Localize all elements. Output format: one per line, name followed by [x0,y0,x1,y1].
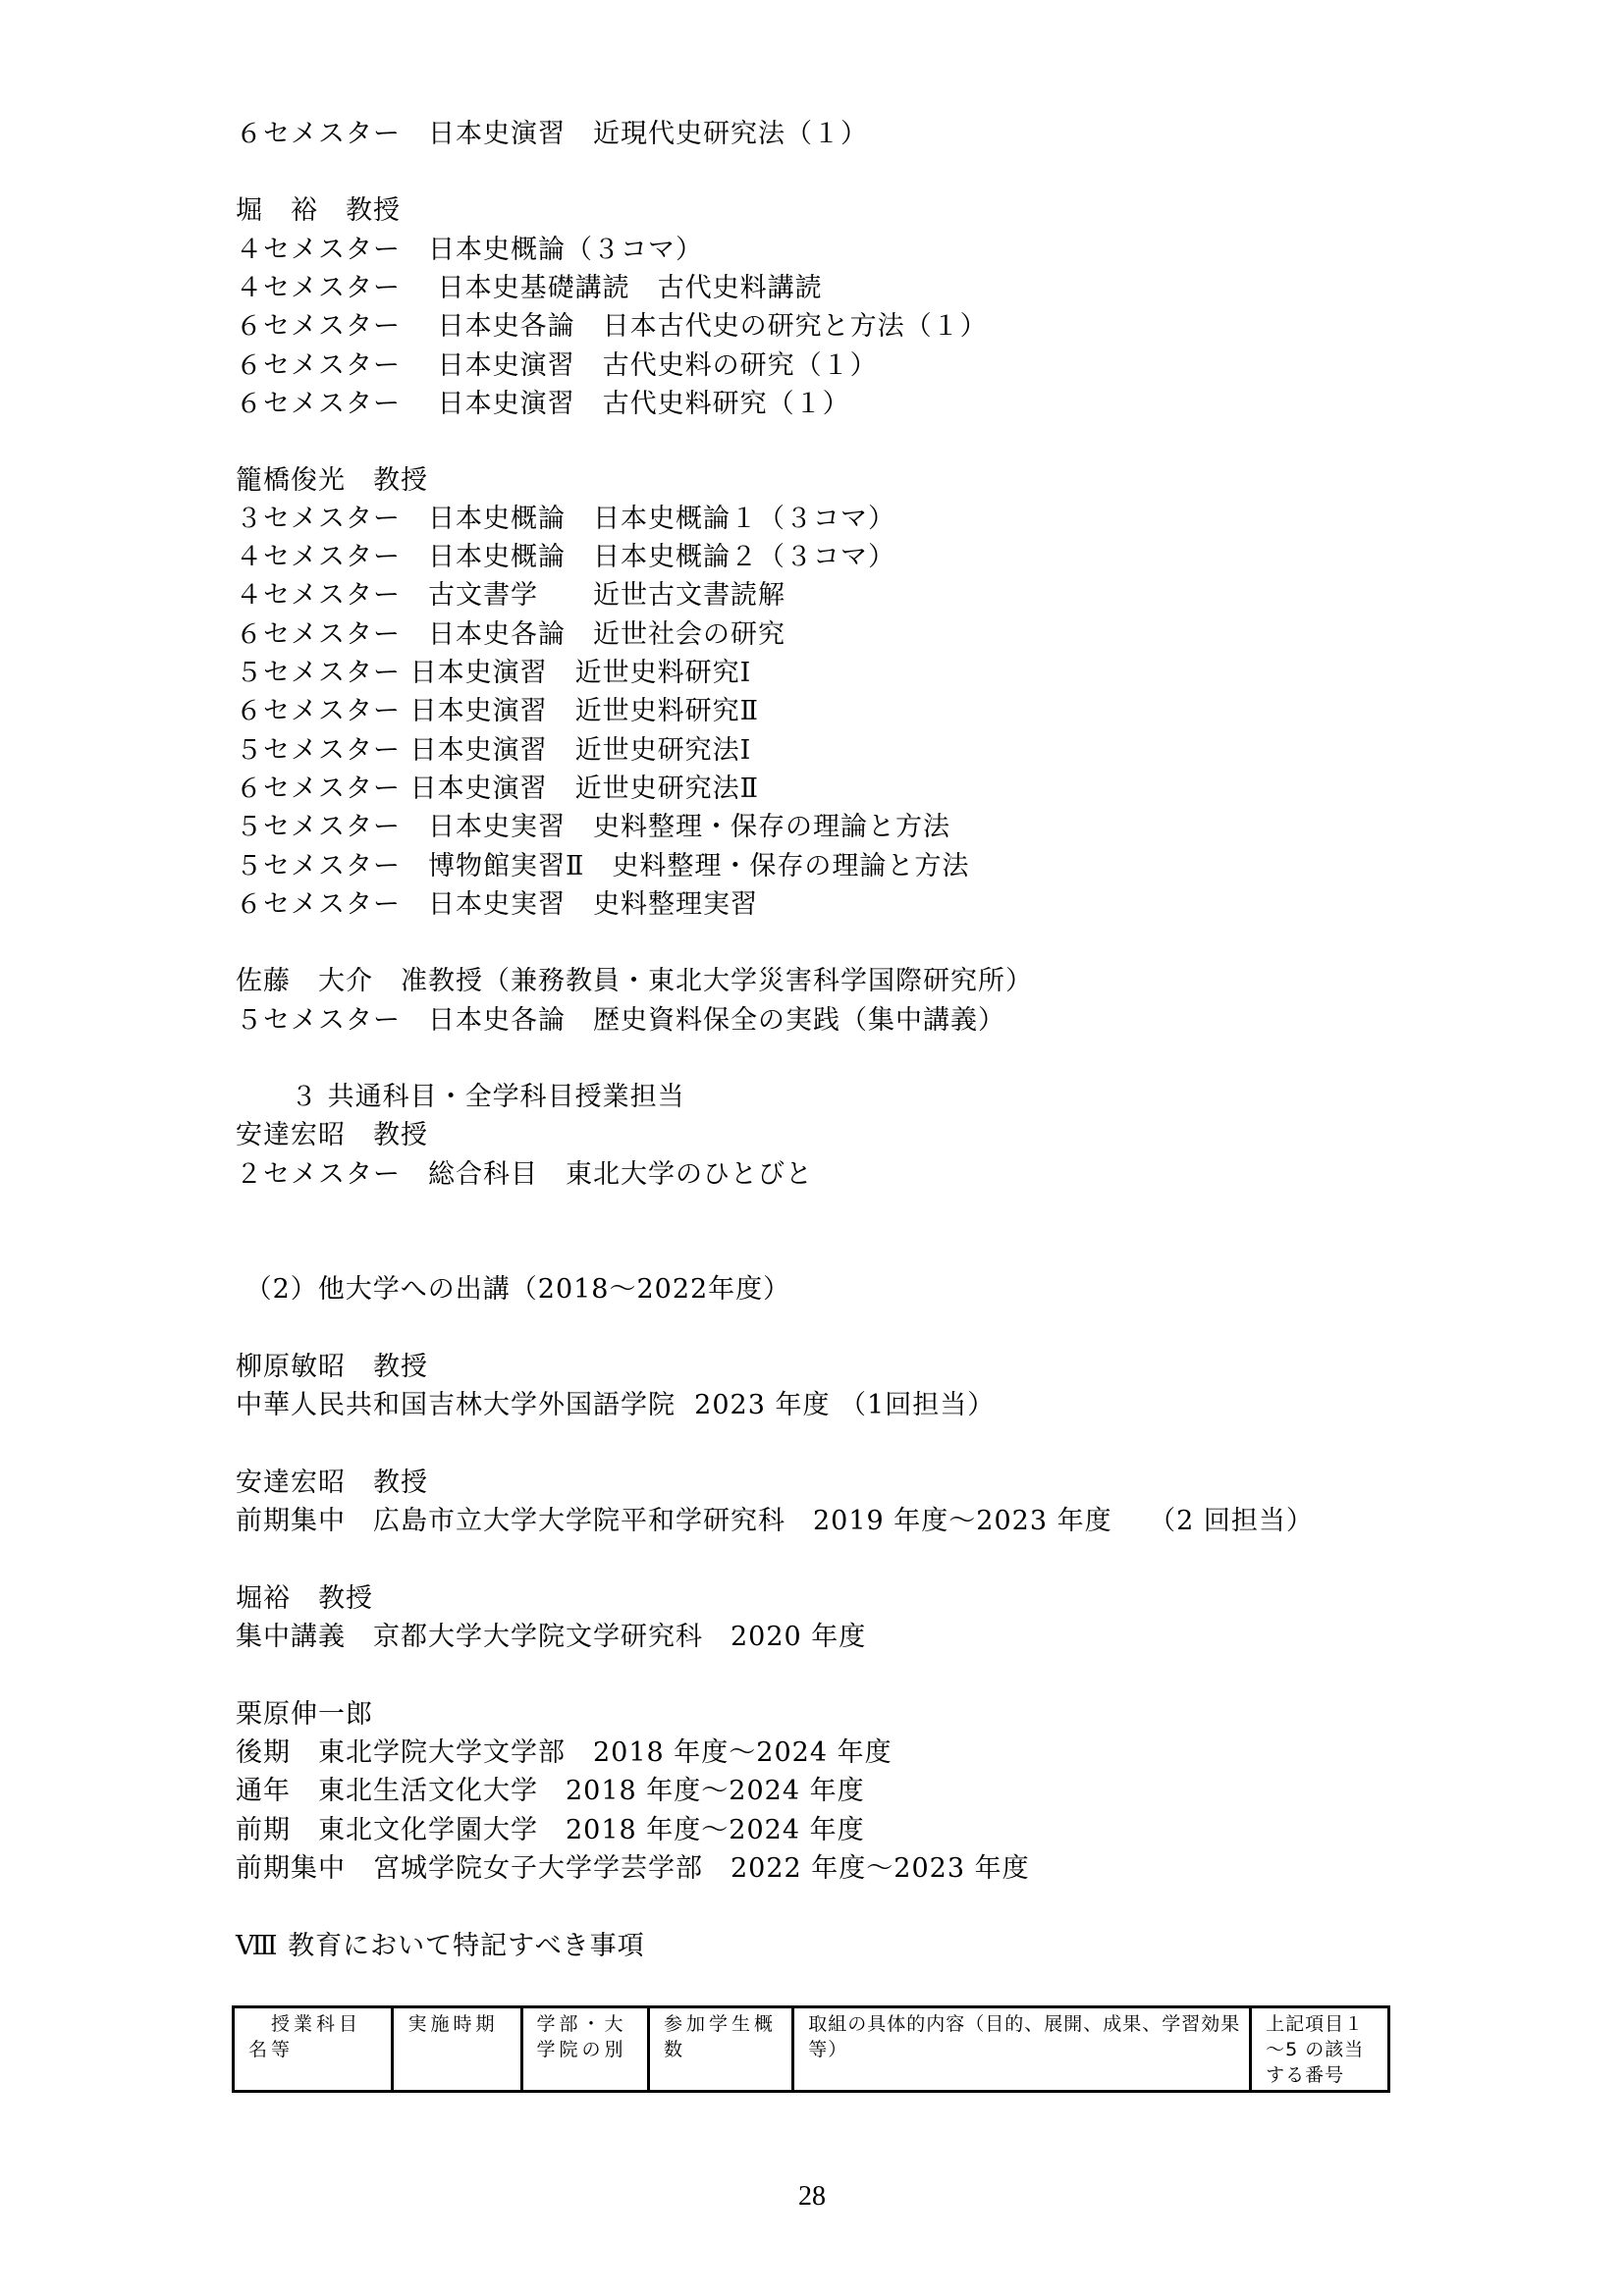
text-line: 堀 裕 教授 [236,194,401,228]
text-line: ６セメスター 日本史実習 史料整理実習 [236,888,758,922]
text-line: （2）他大学への出講（2018～2022年度） [236,1273,790,1307]
text-line: ５セメスター 日本史演習 近世史料研究Ⅰ [236,657,751,690]
text-line: ５セメスター 日本史演習 近世史研究法Ⅰ [236,734,751,768]
text-line: 通年 東北生活文化大学 2018 年度～2024 年度 [236,1775,865,1808]
header-item-number: 上記項目１～5 の該当する番号 [1251,2007,1389,2092]
header-content: 取組の具体的内容（目的、展開、成果、学習効果等） [793,2007,1251,2092]
text-line: ５セメスター 日本史実習 史料整理・保存の理論と方法 [236,811,950,844]
header-students: 参加学生概数 [649,2007,793,2092]
page-number: 28 [0,2181,1624,2213]
text-line: 安達宏昭 教授 [236,1119,428,1152]
header-period: 実施時期 [393,2007,521,2092]
text-line: 栗原伸一郎 [236,1698,373,1732]
text-line: 前期集中 宮城学院女子大学学芸学部 2022 年度～2023 年度 [236,1852,1030,1886]
text-line: 堀裕 教授 [236,1582,373,1616]
text-line: 安達宏昭 教授 [236,1467,428,1500]
text-line: 前期集中 広島市立大学大学院平和学研究科 2019 年度～2023 年度 （2 … [236,1505,1314,1538]
table-header-row: 授業科目名等 実施時期 学部・大学院の別 参加学生概数 取組の具体的内容（目的、… [234,2007,1389,2092]
text-line: ４セメスター 日本史基礎講読 古代史料講読 [236,272,823,305]
header-faculty: 学部・大学院の別 [521,2007,648,2092]
text-line: ３セメスター 日本史概論 日本史概論１（３コマ） [236,503,895,536]
text-line: 後期 東北学院大学文学部 2018 年度～2024 年度 [236,1736,893,1770]
text-line: ６セメスター 日本史演習 古代史料研究（１） [236,388,850,421]
text-line: 籠橋俊光 教授 [236,464,428,498]
text-line: ６セメスター 日本史演習 近世史研究法Ⅱ [236,773,759,806]
text-line: 柳原敏昭 教授 [236,1351,428,1384]
text-line: 前期 東北文化学園大学 2018 年度～2024 年度 [236,1814,865,1847]
header-course-name: 授業科目名等 [234,2007,393,2092]
text-line: ６セメスター 日本史各論 近世社会の研究 [236,618,785,652]
text-line: ６セメスター 日本史演習 近世史料研究Ⅱ [236,695,759,728]
text-line: ６セメスター 日本史演習 近現代史研究法（１） [236,118,868,151]
education-notes-table: 授業科目名等 実施時期 学部・大学院の別 参加学生概数 取組の具体的内容（目的、… [232,2005,1390,2093]
text-line: ４セメスター 日本史概論（３コマ） [236,234,703,267]
text-line: 中華人民共和国吉林大学外国語学院 2023 年度 （1回担当） [236,1389,995,1422]
text-line: ５セメスター 日本史各論 歴史資料保全の実践（集中講義） [236,1004,1005,1038]
text-line: ４セメスター 日本史概論 日本史概論２（３コマ） [236,541,895,574]
text-line: 佐藤 大介 准教授（兼務教員・東北大学災害科学国際研究所） [236,965,1033,998]
text-line: 集中講義 京都大学大学院文学研究科 2020 年度 [236,1621,866,1654]
text-line: ６セメスター 日本史演習 古代史料の研究（１） [236,349,878,383]
text-line: ４セメスター 古文書学 近世古文書読解 [236,579,785,613]
text-line: ３ 共通科目・全学科目授業担当 [236,1081,685,1114]
text-line: ５セメスター 博物館実習Ⅱ 史料整理・保存の理論と方法 [236,850,969,883]
text-line: Ⅷ 教育において特記すべき事項 [236,1930,645,1963]
text-line: ２セメスター 総合科目 東北大学のひとびと [236,1158,813,1192]
text-line: ６セメスター 日本史各論 日本古代史の研究と方法（１） [236,310,988,344]
